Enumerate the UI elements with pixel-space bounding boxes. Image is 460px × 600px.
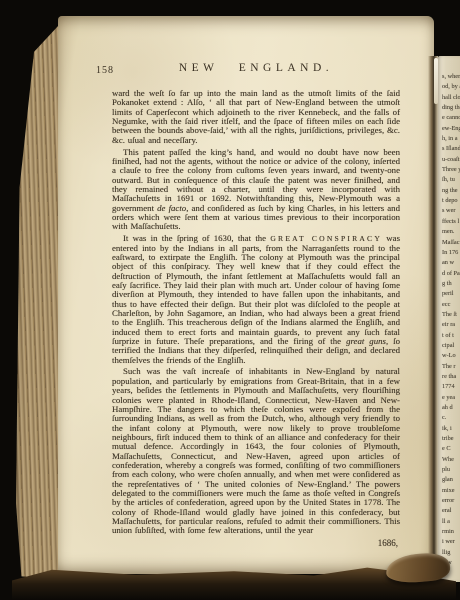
page-number: 158 [96, 65, 114, 76]
clipped-text-fragment: The r [442, 362, 460, 372]
page-header-title: NEW ENGLAND. [112, 62, 400, 74]
running-header: 158 NEW ENGLAND. [112, 62, 400, 78]
page-gutter-shadow [428, 56, 438, 582]
trailing-year: 1686, [112, 538, 400, 548]
clipped-text-fragment: od, by a [442, 82, 460, 92]
clipped-text-fragment: s, when [442, 72, 460, 82]
clipped-text-column: s, whenod, by ahall cloding thee cannoew… [442, 72, 460, 569]
clipped-text-fragment: t of t [442, 331, 460, 341]
clipped-text-fragment: rmin [442, 527, 460, 537]
paragraph: Such was the vaſt increaſe of inhabitant… [112, 367, 400, 535]
clipped-text-fragment: h, in a [442, 134, 460, 144]
clipped-text-fragment: tribe [442, 434, 460, 444]
clipped-text-fragment: ll a [442, 517, 460, 527]
clipped-text-fragment: e yea [442, 393, 460, 403]
clipped-text-fragment: ffects l [442, 217, 460, 227]
clipped-text-fragment: mixe [442, 486, 460, 496]
clipped-text-fragment: g th [442, 279, 460, 289]
clipped-text-fragment: t depo [442, 196, 460, 206]
page-text-block: ward the weſt ſo far up into the main la… [112, 89, 400, 536]
clipped-text-fragment: men. [442, 227, 460, 237]
clipped-text-fragment: ew-Eng [442, 124, 460, 134]
clipped-text-fragment: ik, i [442, 424, 460, 434]
clipped-text-fragment: llig [442, 548, 460, 558]
clipped-text-fragment: plu [442, 465, 460, 475]
clipped-text-fragment: ng the [442, 186, 460, 196]
paragraph: ward the weſt ſo far up into the main la… [112, 89, 400, 145]
paragraph: It was in the ſpring of 1630, that the G… [112, 234, 400, 365]
clipped-text-fragment: s Iſland, [442, 144, 460, 154]
clipped-text-fragment: ding the [442, 103, 460, 113]
page-edge-highlight [434, 58, 438, 104]
clipped-text-fragment: i wer [442, 537, 460, 547]
clipped-text-fragment: In 176 [442, 248, 460, 258]
clipped-text-fragment: s wer [442, 206, 460, 216]
clipped-text-fragment: 1774 [442, 382, 460, 392]
clipped-text-fragment: ecc [442, 300, 460, 310]
clipped-text-fragment: hall clo [442, 93, 460, 103]
clipped-text-fragment: eral [442, 506, 460, 516]
clipped-text-fragment: ah d [442, 403, 460, 413]
adjacent-page-strip: s, whenod, by ahall cloding thee cannoew… [438, 56, 460, 582]
clipped-text-fragment: d of Pa [442, 269, 460, 279]
clipped-text-fragment: cipal [442, 341, 460, 351]
clipped-text-fragment: eir ra [442, 320, 460, 330]
book-page: 158 NEW ENGLAND. ward the weſt ſo far up… [58, 16, 434, 574]
book-photo: 158 NEW ENGLAND. ward the weſt ſo far up… [0, 0, 460, 600]
clipped-text-fragment: Three ye [442, 165, 460, 175]
clipped-text-fragment: an w [442, 258, 460, 268]
paragraph: This patent paſſed the king’s hand, and … [112, 148, 400, 232]
clipped-text-fragment: ſh, tu [442, 175, 460, 185]
clipped-text-fragment: Maſſac [442, 238, 460, 248]
clipped-text-fragment: peril [442, 289, 460, 299]
clipped-text-fragment: error [442, 496, 460, 506]
clipped-text-fragment: w-Lo [442, 351, 460, 361]
clipped-text-fragment: c. [442, 413, 460, 423]
clipped-text-fragment: e canno [442, 113, 460, 123]
clipped-text-fragment: e C [442, 444, 460, 454]
clipped-text-fragment: Whe [442, 455, 460, 465]
clipped-text-fragment: The ſt [442, 310, 460, 320]
clipped-text-fragment: glan [442, 475, 460, 485]
clipped-text-fragment: u-coaſt [442, 155, 460, 165]
clipped-text-fragment: re tha [442, 372, 460, 382]
